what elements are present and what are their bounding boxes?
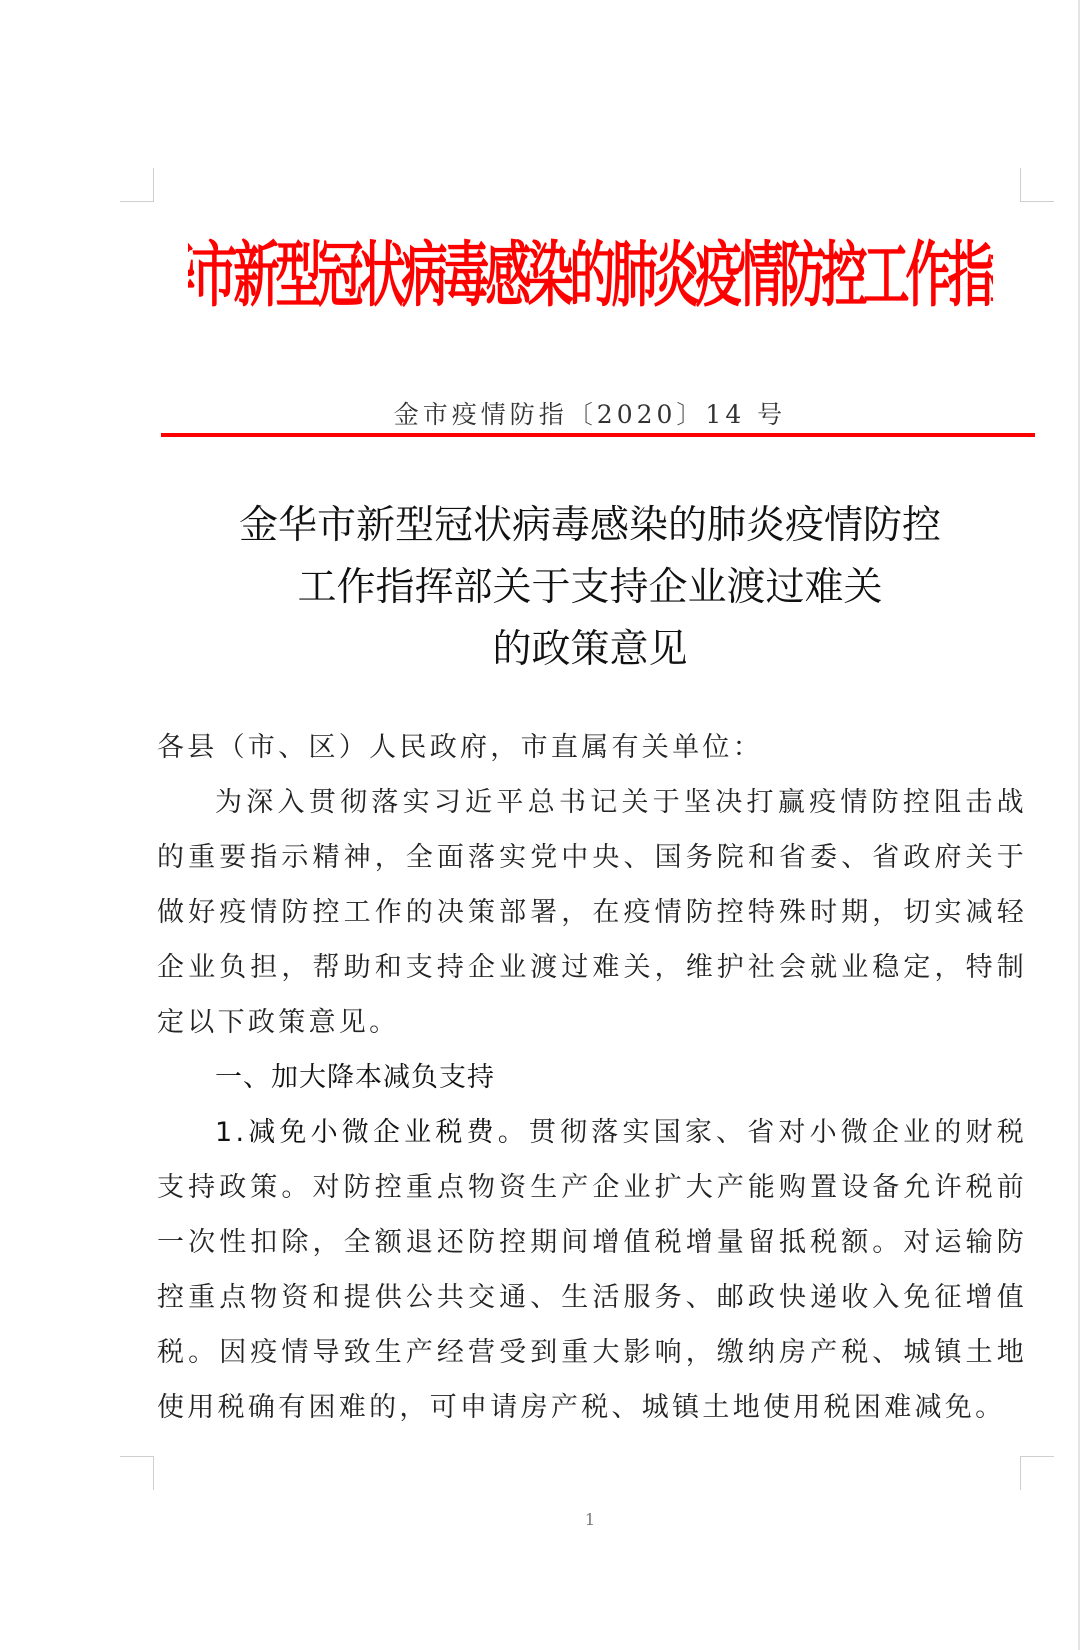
item-1-lead: 1.减免小微企业税费。 xyxy=(215,1117,529,1148)
crop-mark-top-left xyxy=(120,168,154,202)
document-title: 金华市新型冠状病毒感染的肺炎疫情防控 工作指挥部关于支持企业渡过难关 的政策意见 xyxy=(150,495,1030,681)
crop-mark-top-right xyxy=(1020,168,1054,202)
crop-mark-bottom-right xyxy=(1020,1456,1054,1490)
masthead: 金华市新型冠状病毒感染的肺炎疫情防控工作指挥部 xyxy=(188,225,993,315)
intro-paragraph: 为深入贯彻落实习近平总书记关于坚决打赢疫情防控阻击战的重要指示精神，全面落实党中… xyxy=(157,775,1027,1050)
red-divider-rule xyxy=(161,433,1035,437)
title-line-2: 工作指挥部关于支持企业渡过难关 xyxy=(150,557,1030,619)
crop-mark-bottom-left xyxy=(120,1456,154,1490)
page-number: 1 xyxy=(0,1510,1080,1529)
title-line-3: 的政策意见 xyxy=(150,619,1030,681)
item-1-paragraph: 1.减免小微企业税费。贯彻落实国家、省对小微企业的财税支持政策。对防控重点物资生… xyxy=(157,1105,1027,1435)
document-number: 金市疫情防指〔2020〕14 号 xyxy=(0,395,1080,431)
salutation: 各县（市、区）人民政府，市直属有关单位： xyxy=(157,720,1027,775)
item-1-text: 贯彻落实国家、省对小微企业的财税支持政策。对防控重点物资生产企业扩大产能购置设备… xyxy=(157,1117,1027,1423)
document-body: 各县（市、区）人民政府，市直属有关单位： 为深入贯彻落实习近平总书记关于坚决打赢… xyxy=(157,720,1027,1435)
section-heading-1: 一、加大降本减负支持 xyxy=(157,1050,1027,1105)
title-line-1: 金华市新型冠状病毒感染的肺炎疫情防控 xyxy=(150,495,1030,557)
masthead-text: 金华市新型冠状病毒感染的肺炎疫情防控工作指挥部 xyxy=(188,225,993,315)
